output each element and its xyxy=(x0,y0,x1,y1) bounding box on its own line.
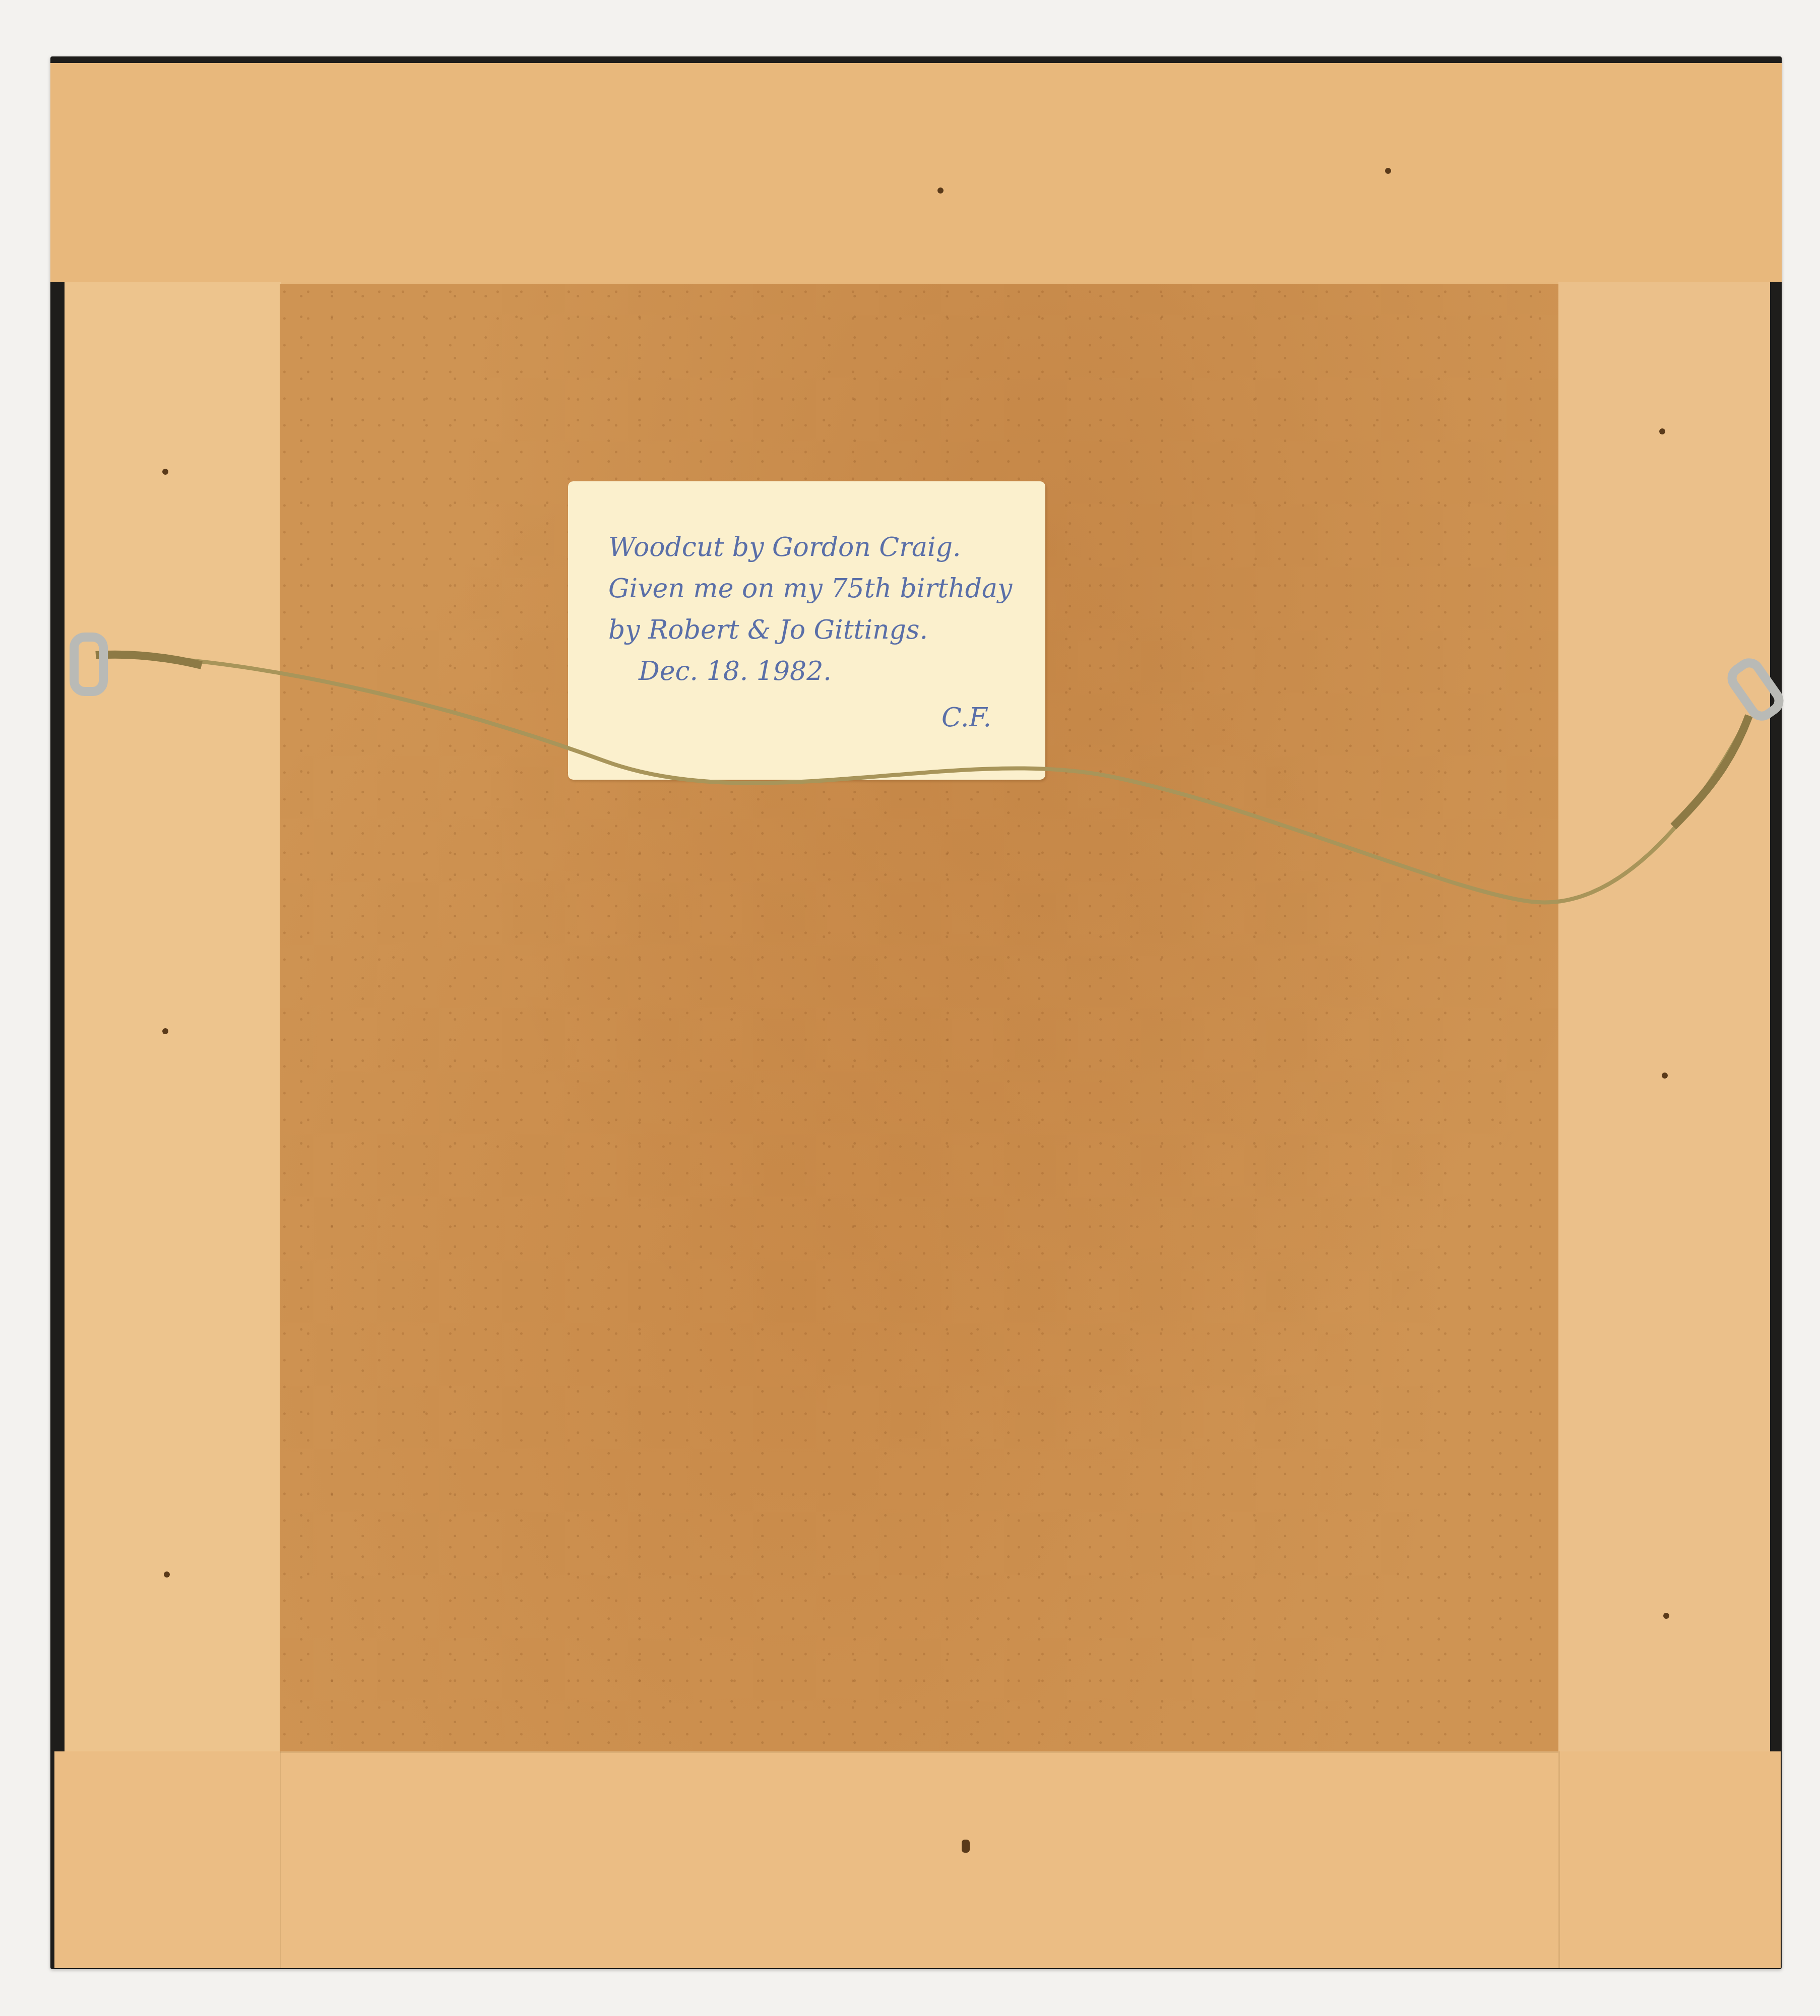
screw-eye-left xyxy=(70,633,108,696)
hanging-wire xyxy=(0,0,1820,2016)
